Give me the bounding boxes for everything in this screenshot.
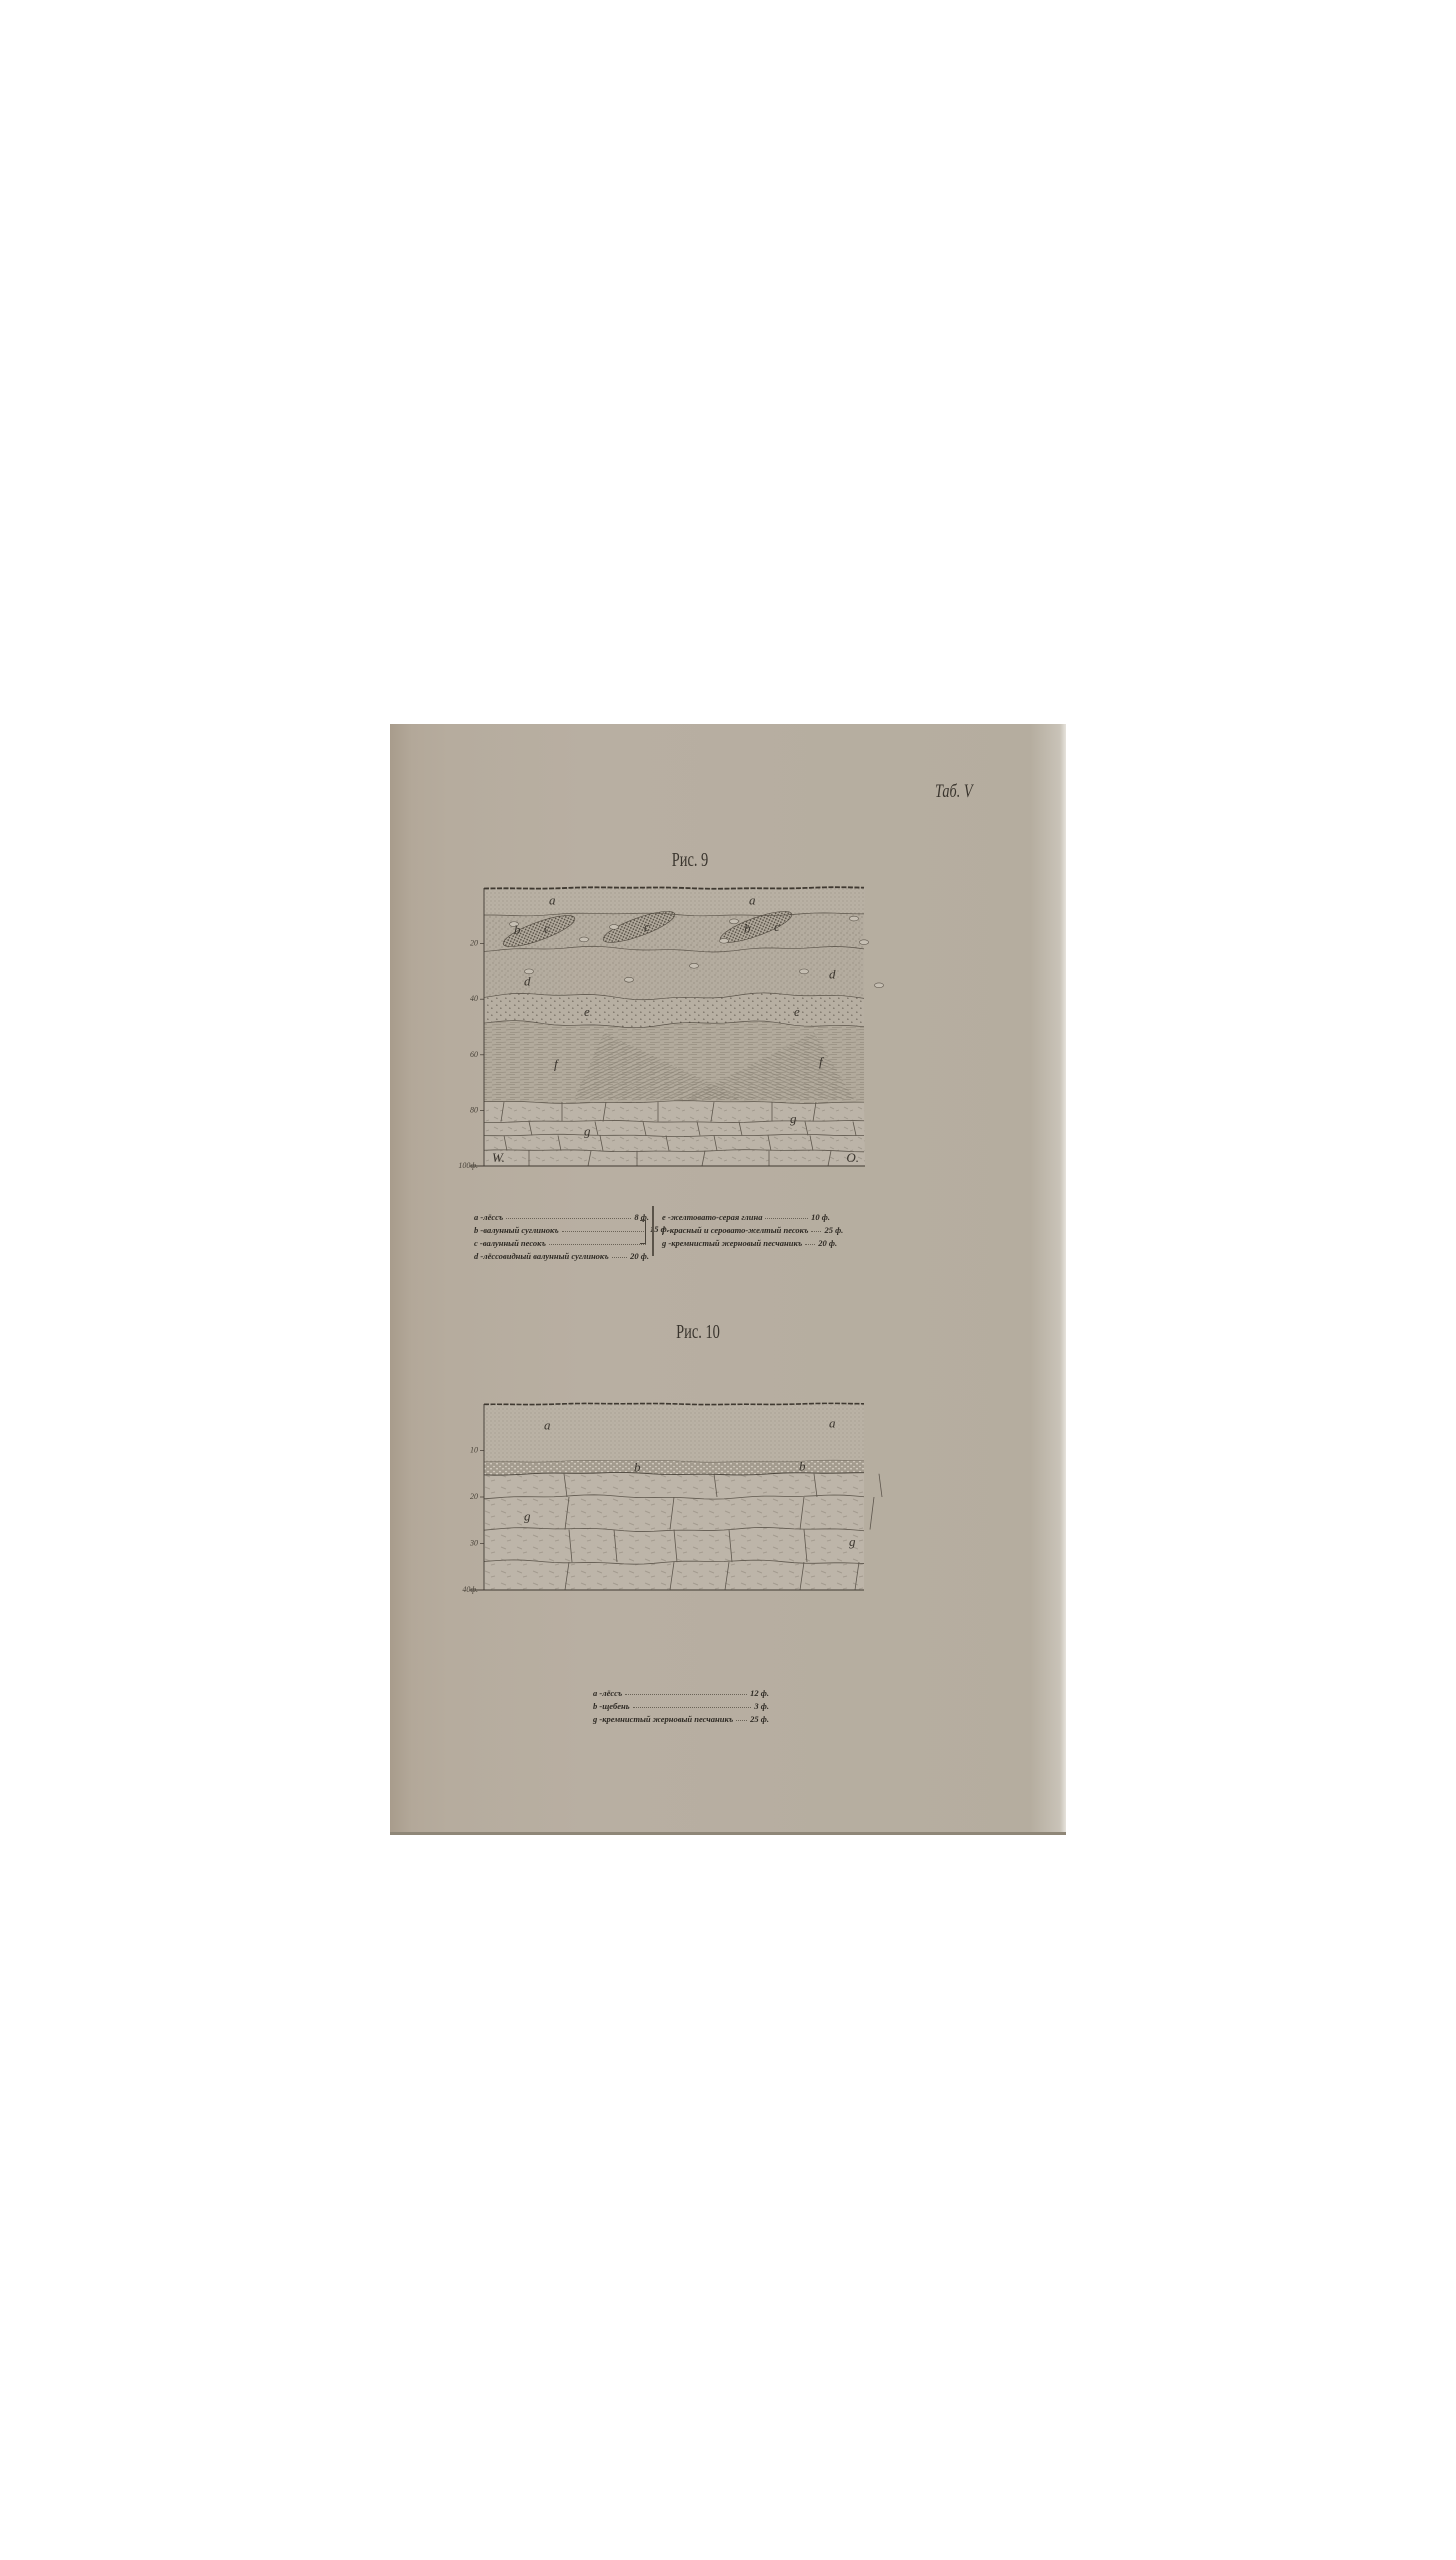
pebble xyxy=(720,938,729,943)
layer-label-g: g xyxy=(790,1111,797,1126)
layer-label-b: b xyxy=(514,922,521,937)
layer-label-d: d xyxy=(829,966,836,981)
legend-value: 25 ф. xyxy=(824,1225,843,1235)
pebble xyxy=(850,916,859,921)
figure-9-legend-left: a - лёссъ8 ф.b - валунный суглинокъc - в… xyxy=(474,1209,649,1261)
direction-label-west: W. xyxy=(492,1150,505,1165)
legend-leader-dots xyxy=(612,1257,627,1258)
axis-tick-label: 10 xyxy=(470,1446,478,1455)
figure-10-section-diagram: 10203040ф.aabbgg xyxy=(450,1400,870,1600)
layer-label-g: g xyxy=(849,1534,856,1549)
plate-number: Таб. V xyxy=(935,781,973,803)
figure-9-title: Рис. 9 xyxy=(640,849,741,872)
layer-label-d: d xyxy=(524,973,531,988)
layer-label-e: e xyxy=(794,1004,800,1019)
legend-leader-dots xyxy=(562,1231,646,1232)
axis-tick-label: 80 xyxy=(470,1105,478,1114)
legend-key: b - xyxy=(474,1225,483,1235)
axis-tick-label: 60 xyxy=(470,1050,478,1059)
axis-tick-label: 100ф. xyxy=(458,1161,478,1170)
legend-text: валунный песокъ xyxy=(483,1238,546,1248)
legend-leader-dots xyxy=(805,1244,815,1245)
figure-10-title: Рис. 10 xyxy=(648,1321,749,1344)
layer-label-a: a xyxy=(749,893,756,908)
legend-value: 3 ф. xyxy=(754,1701,769,1711)
legend-value: 20 ф. xyxy=(630,1251,649,1261)
legend-item-a: a - лёссъ12 ф. xyxy=(593,1685,769,1698)
axis-tick-label: 40ф. xyxy=(462,1585,478,1594)
legend-item-b: b - валунный суглинокъ xyxy=(474,1222,649,1235)
layer-label-a: a xyxy=(544,1418,551,1433)
layer-label-c: c xyxy=(544,920,550,935)
layer-a-loess xyxy=(484,888,865,916)
legend-leader-dots xyxy=(811,1231,821,1232)
legend-value: 20 ф. xyxy=(818,1238,837,1248)
axis-tick-label: 40 xyxy=(470,994,478,1003)
direction-label-east: O. xyxy=(846,1150,859,1165)
legend-leader-dots xyxy=(633,1707,752,1708)
legend-text: валунный суглинокъ xyxy=(483,1225,559,1235)
legend-text: желтовато-серая глина xyxy=(671,1212,763,1222)
figure-10-layers: 10203040ф.aabbgg xyxy=(462,1403,882,1594)
figure-10-legend: a - лёссъ12 ф.b - щебень3 ф.g - кремнист… xyxy=(593,1685,769,1724)
layer-label-e: e xyxy=(584,1004,590,1019)
pebble xyxy=(610,925,619,930)
legend-key: c - xyxy=(474,1238,483,1248)
layer-label-c: c xyxy=(644,919,650,934)
legend-item-d: d - лёссовидный валунный суглинокъ20 ф. xyxy=(474,1248,649,1261)
legend-leader-dots xyxy=(506,1218,631,1219)
pebble xyxy=(730,919,739,924)
legend-leader-dots xyxy=(765,1218,808,1219)
scanned-plate-page: Таб. V Рис. 9 xyxy=(390,724,1066,1835)
legend-value: 25 ф. xyxy=(750,1714,769,1724)
legend-text: красный и серовато-желтый песокъ xyxy=(670,1225,809,1235)
legend-value: 10 ф. xyxy=(811,1212,830,1222)
layer-label-g: g xyxy=(584,1123,591,1138)
pebble xyxy=(625,977,634,982)
legend-key: e - xyxy=(662,1212,671,1222)
legend-key: g - xyxy=(593,1714,602,1724)
legend-item-f: f - красный и серовато-желтый песокъ25 ф… xyxy=(662,1222,830,1235)
legend-item-c: c - валунный песокъ xyxy=(474,1235,649,1248)
pebble xyxy=(800,969,809,974)
legend-item-g: g - кремнистый жерновый песчаникъ25 ф. xyxy=(593,1711,769,1724)
layer-label-b: b xyxy=(799,1458,806,1473)
layer-label-c: c xyxy=(774,919,780,934)
legend-text: кремнистый жерновый песчаникъ xyxy=(602,1714,733,1724)
legend-key: b - xyxy=(593,1701,602,1711)
legend-item-e: e - желтовато-серая глина10 ф. xyxy=(662,1209,830,1222)
legend-leader-dots xyxy=(625,1694,747,1695)
pebble xyxy=(580,937,589,942)
layer-label-g: g xyxy=(524,1508,531,1523)
legend-key: a - xyxy=(593,1688,602,1698)
layer-label-b: b xyxy=(634,1459,641,1474)
legend-value: 12 ф. xyxy=(750,1688,769,1698)
legend-leader-dots xyxy=(549,1244,646,1245)
pebble xyxy=(690,963,699,968)
axis-tick-label: 30 xyxy=(469,1539,478,1548)
pebble xyxy=(860,940,869,945)
legend-text: лёссъ xyxy=(602,1688,622,1698)
legend-item-g: g - кремнистый жерновый песчаникъ20 ф. xyxy=(662,1235,830,1248)
legend-text: кремнистый жерновый песчаникъ xyxy=(671,1238,802,1248)
legend-bracket xyxy=(640,1220,646,1244)
legend-text: щебень xyxy=(602,1701,629,1711)
layer-label-a: a xyxy=(549,893,556,908)
legend-leader-dots xyxy=(736,1720,747,1721)
axis-tick-label: 20 xyxy=(470,939,478,948)
figure-9-section-diagram: 20406080100ф.aabbcccddeeffggW.O. xyxy=(450,884,870,1184)
legend-key: f - xyxy=(662,1225,670,1235)
figure-9-legend-right: e - желтовато-серая глина10 ф.f - красны… xyxy=(662,1209,830,1248)
legend-key: d - xyxy=(474,1251,483,1261)
legend-key: a - xyxy=(474,1212,483,1222)
layer-a-loess xyxy=(484,1404,864,1462)
legend-item-b: b - щебень3 ф. xyxy=(593,1698,769,1711)
layer-label-b: b xyxy=(744,920,751,935)
axis-tick-label: 20 xyxy=(470,1492,478,1501)
layer-label-a: a xyxy=(829,1415,836,1430)
legend-divider xyxy=(652,1206,654,1256)
layer-e-clay xyxy=(484,993,864,1028)
legend-text: лёссъ xyxy=(483,1212,503,1222)
legend-key: g - xyxy=(662,1238,671,1248)
legend-item-a: a - лёссъ8 ф. xyxy=(474,1209,649,1222)
figure-9-layers: 20406080100ф.aabbcccddeeffggW.O. xyxy=(458,887,883,1170)
legend-text: лёссовидный валунный суглинокъ xyxy=(483,1251,609,1261)
pebble xyxy=(875,983,884,988)
